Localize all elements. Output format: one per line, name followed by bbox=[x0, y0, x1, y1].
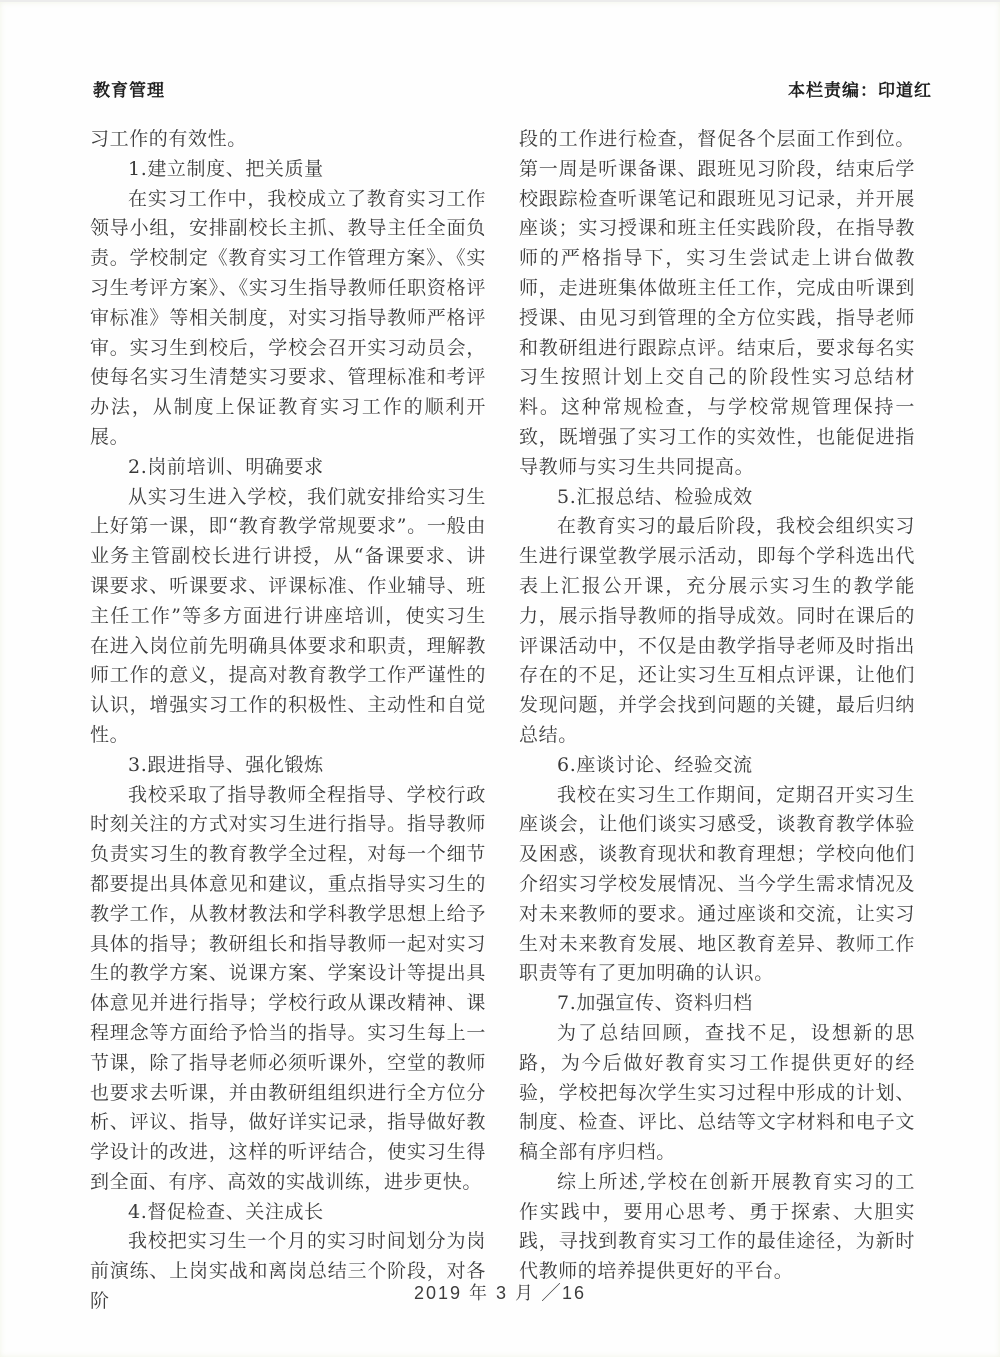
section-heading: 5.汇报总结、检验成效 bbox=[519, 483, 915, 513]
paragraph: 从实习生进入学校，我们就安排给实习生上好第一课，即“教育教学常规要求”。一般由业… bbox=[90, 483, 486, 751]
section-heading: 4.督促检查、关注成长 bbox=[90, 1198, 486, 1228]
paragraph: 我校采取了指导教师全程指导、学校行政时刻关注的方式对实习生进行指导。指导教师负责… bbox=[90, 781, 486, 1198]
editor-credit: 本栏责编：印道红 bbox=[788, 76, 932, 101]
section-heading: 6.座谈讨论、经验交流 bbox=[519, 751, 915, 781]
article-body: 习工作的有效性。1.建立制度、把关质量在实习工作中，我校成立了教育实习工作领导小… bbox=[0, 125, 1000, 1317]
page-footer: 2019 年 3 月 ╱16 bbox=[0, 1279, 1000, 1305]
section-heading: 7.加强宣传、资料归档 bbox=[519, 989, 915, 1019]
column-section-label: 教育管理 bbox=[93, 76, 165, 101]
section-heading: 2.岗前培训、明确要求 bbox=[90, 453, 486, 483]
section-heading: 3.跟进指导、强化锻炼 bbox=[90, 751, 486, 781]
paragraph: 习工作的有效性。 bbox=[90, 125, 486, 155]
page-header: 教育管理 本栏责编：印道红 bbox=[0, 76, 1000, 101]
date-page-number: 2019 年 3 月 ╱16 bbox=[414, 1283, 586, 1303]
paragraph: 在教育实习的最后阶段，我校会组织实习生进行课堂教学展示活动，即每个学科选出代表上… bbox=[519, 512, 915, 750]
text-column-right: 段的工作进行检查，督促各个层面工作到位。第一周是听课备课、跟班见习阶段，结束后学… bbox=[519, 125, 915, 1317]
paragraph: 在实习工作中，我校成立了教育实习工作领导小组，安排副校长主抓、教导主任全面负责。… bbox=[90, 185, 486, 453]
paragraph: 为了总结回顾，查找不足，设想新的思路，为今后做好教育实习工作提供更好的经验，学校… bbox=[519, 1019, 915, 1168]
paragraph: 综上所述,学校在创新开展教育实习的工作实践中，要用心思考、勇于探索、大胆实践，寻… bbox=[519, 1168, 915, 1287]
paragraph: 段的工作进行检查，督促各个层面工作到位。第一周是听课备课、跟班见习阶段，结束后学… bbox=[519, 125, 915, 483]
section-heading: 1.建立制度、把关质量 bbox=[90, 155, 486, 185]
scanned-journal-page: 教育管理 本栏责编：印道红 习工作的有效性。1.建立制度、把关质量在实习工作中，… bbox=[0, 0, 1000, 1357]
paragraph: 我校在实习生工作期间，定期召开实习生座谈会，让他们谈实习感受，谈教育教学体验及困… bbox=[519, 781, 915, 990]
text-column-left: 习工作的有效性。1.建立制度、把关质量在实习工作中，我校成立了教育实习工作领导小… bbox=[90, 125, 486, 1317]
